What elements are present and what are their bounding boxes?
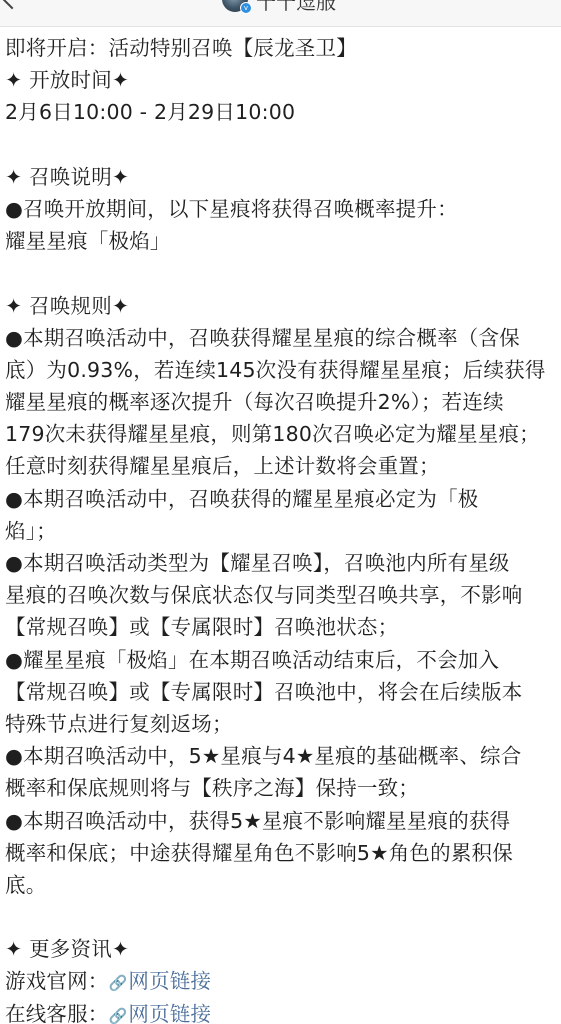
open-time-value: 2月6日10:00 - 2月29日10:00	[5, 96, 561, 128]
rules-line: ●本期召唤活动中，5★星痕与4★星痕的基础概率、综合	[5, 740, 561, 772]
verified-badge-icon: v	[240, 2, 252, 14]
rules-line: 耀星星痕的概率逐次提升（每次召唤提升2%）；若连续	[5, 386, 561, 418]
section-heading-rules: ✦ 召唤规则✦	[5, 290, 561, 322]
rules-line: 【常规召唤】或【专属限时】召唤池中，将会在后续版本	[5, 676, 561, 708]
rules-line: 焰」；	[5, 515, 561, 547]
section-heading-open-time: ✦ 开放时间✦	[5, 64, 561, 96]
post-headline: 即将开启：活动特别召唤【辰龙圣卫】	[5, 32, 561, 64]
official-site-row: 游戏官网：🔗网页链接	[5, 965, 561, 997]
rules-line: ●本期召唤活动中，召唤获得的耀星星痕必定为「极	[5, 483, 561, 515]
top-navigation-bar: v 千千逗服	[0, 0, 561, 27]
section-heading-summon-desc: ✦ 召唤说明✦	[5, 161, 561, 193]
rules-line: 【常规召唤】或【专属限时】召唤池状态；	[5, 611, 561, 643]
official-site-link[interactable]: 🔗网页链接	[109, 969, 212, 993]
rules-line: ●本期召唤活动类型为【耀星召唤】，召唤池内所有星级	[5, 547, 561, 579]
rules-line: ●耀星星痕「极焰」在本期召唤活动结束后，不会加入	[5, 644, 561, 676]
customer-service-row: 在线客服：🔗网页链接	[5, 998, 561, 1024]
official-site-link-text[interactable]: 网页链接	[128, 969, 211, 993]
official-site-label: 游戏官网：	[5, 969, 109, 993]
rules-line: 星痕的召唤次数与保底状态仅与同类型召唤共享，不影响	[5, 579, 561, 611]
rules-line: 底）为0.93%，若连续145次没有获得耀星星痕；后续获得	[5, 354, 561, 386]
account-title[interactable]: 千千逗服	[256, 0, 336, 15]
rules-line: ●本期召唤活动中，获得5★星痕不影响耀星星痕的获得	[5, 805, 561, 837]
rules-line: 任意时刻获得耀星星痕后，上述计数将会重置；	[5, 450, 561, 482]
summon-desc-line: 耀星星痕「极焰」	[5, 225, 561, 257]
summon-desc-line: ●召唤开放期间，以下星痕将获得召唤概率提升：	[5, 193, 561, 225]
post-body: 即将开启：活动特别召唤【辰龙圣卫】 ✦ 开放时间✦ 2月6日10:00 - 2月…	[5, 32, 561, 1024]
rules-line: 概率和保底；中途获得耀星角色不影响5★角色的累积保	[5, 837, 561, 869]
customer-service-link-text[interactable]: 网页链接	[128, 1002, 211, 1024]
rules-line: 179次未获得耀星星痕，则第180次召唤必定为耀星星痕；	[5, 418, 561, 450]
rules-line: 概率和保底规则将与【秩序之海】保持一致；	[5, 772, 561, 804]
back-chevron-icon[interactable]	[1, 0, 24, 9]
rules-line: 底。	[5, 869, 561, 901]
customer-service-label: 在线客服：	[5, 1002, 109, 1024]
link-icon: 🔗	[109, 974, 128, 992]
rules-line: ●本期召唤活动中，召唤获得耀星星痕的综合概率（含保	[5, 322, 561, 354]
section-heading-more-info: ✦ 更多资讯✦	[5, 933, 561, 965]
link-icon: 🔗	[109, 1007, 128, 1024]
customer-service-link[interactable]: 🔗网页链接	[109, 1002, 212, 1024]
rules-line: 特殊节点进行复刻返场；	[5, 708, 561, 740]
